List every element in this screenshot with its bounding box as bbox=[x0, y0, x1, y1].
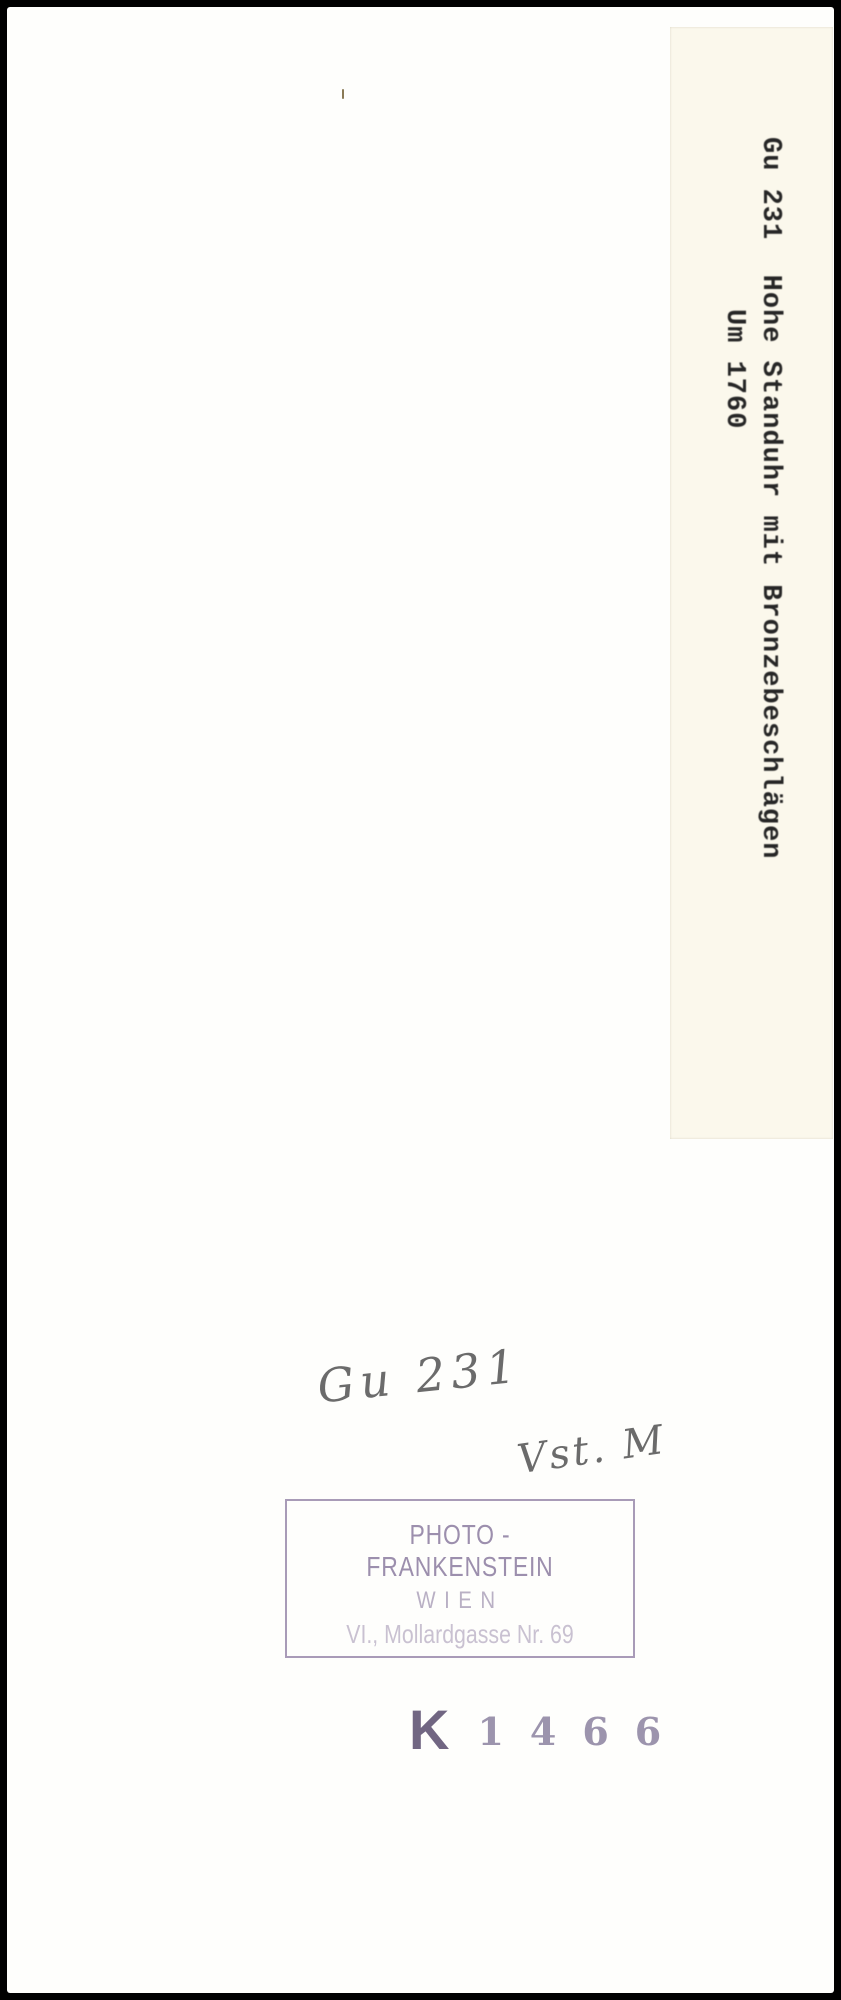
catalog-digits: 1466 bbox=[477, 1709, 687, 1762]
handwritten-inventory-note: Gu 231 bbox=[315, 1338, 524, 1413]
catalog-prefix: K bbox=[409, 1697, 449, 1762]
typewritten-label: Gu 231 Hohe Standuhr mit Bronzebeschläge… bbox=[670, 27, 833, 1139]
photographer-stamp: PHOTO - FRANKENSTEIN WIEN VI., Mollardga… bbox=[285, 1499, 635, 1658]
stamp-address: VI., Mollardgasse Nr. 69 bbox=[318, 1619, 602, 1650]
handwritten-initials: Vst. M bbox=[515, 1417, 670, 1483]
catalog-number: K 1466 bbox=[409, 1697, 687, 1762]
label-date: Um 1760 bbox=[719, 309, 749, 429]
label-title: Gu 231 Hohe Standuhr mit Bronzebeschläge… bbox=[755, 137, 785, 860]
stamp-city: WIEN bbox=[313, 1587, 607, 1615]
paper-speck bbox=[342, 89, 344, 99]
stamp-studio-name: PHOTO - FRANKENSTEIN bbox=[318, 1519, 602, 1583]
photo-back-card: Gu 231 Hohe Standuhr mit Bronzebeschläge… bbox=[7, 7, 834, 1993]
label-text-rotated: Gu 231 Hohe Standuhr mit Bronzebeschläge… bbox=[670, 27, 833, 1139]
